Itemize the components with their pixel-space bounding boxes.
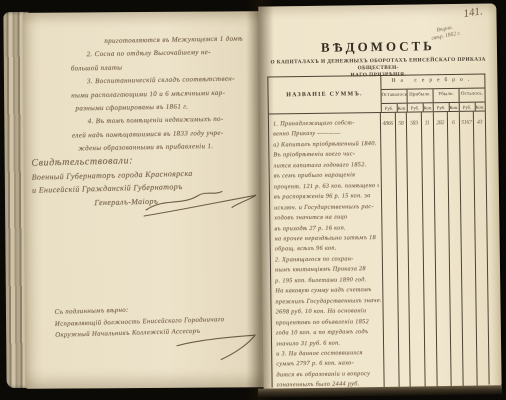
certification-signature-flourish [175,333,259,364]
document-title: ВѢДОМОСТЬ [258,3,497,56]
ledger-entry-line: на прочее нераздѣльно затѣмъ 18 [275,233,380,245]
unit-header-kop: Коп. [475,103,485,111]
ledger-entry-line: года 10 коп. и по трудамъ годъ [276,327,381,339]
right-page: 141. Вѣрно.свѣр. 1862 г. ВѢДОМОСТЬ О КАП… [258,3,501,390]
unit-header-rub: Руб. [460,103,476,111]
column-group-header-silver: На серебро. [381,75,484,90]
ledger-table: НАЗВАНІЕ СУММЪ. На серебро. Оставалось. … [267,74,489,388]
column-header-received: Прибыло. [408,89,434,102]
ledger-entry-line: а) Капиталъ пріобрѣтенный 1840. [273,139,378,151]
left-page: приготовляются въ Межующемся 1 домѣ2. Со… [23,11,266,389]
ledger-entry-line: лится капитала годоваго 1852. [273,160,378,172]
unit-header-rub: Руб. [434,103,450,111]
column-header-name-of-sums: НАЗВАНІЕ СУММЪ. [268,76,381,114]
table-header: НАЗВАНІЕ СУММЪ. На серебро. Оставалось. … [268,75,484,115]
column-header-spent: Убыло. [434,89,460,102]
entry-description-column: 1. Принадлежащаго собст-венно Приказу ——… [269,113,385,391]
unit-header-kop: Коп. [423,103,434,111]
unit-header-rub: Руб. [382,104,398,112]
unit-header-rub: Руб. [408,103,424,111]
handwritten-paragraphs: приготовляются въ Межующемся 1 домѣ2. Со… [70,32,260,156]
column-header-remained: Оставалось. [382,90,408,103]
photo-background: приготовляются въ Межующемся 1 домѣ2. Со… [0,0,506,400]
column-header-remains: Осталось. [459,89,484,102]
table-body: 1. Принадлежащаго собст-венно Приказу ——… [269,112,489,392]
unit-header-kop: Коп. [449,103,460,111]
signature-flourish [142,183,260,222]
ledger-entry-line: исключ. и Государственныхъ рас- [274,202,379,214]
ledger-entry-line: дится въ образованіи и вопросу [276,369,381,381]
unit-header-kop: Коп. [397,104,408,112]
money-columns-header: На серебро. Оставалось. Прибыло. Убыло. … [381,75,484,112]
